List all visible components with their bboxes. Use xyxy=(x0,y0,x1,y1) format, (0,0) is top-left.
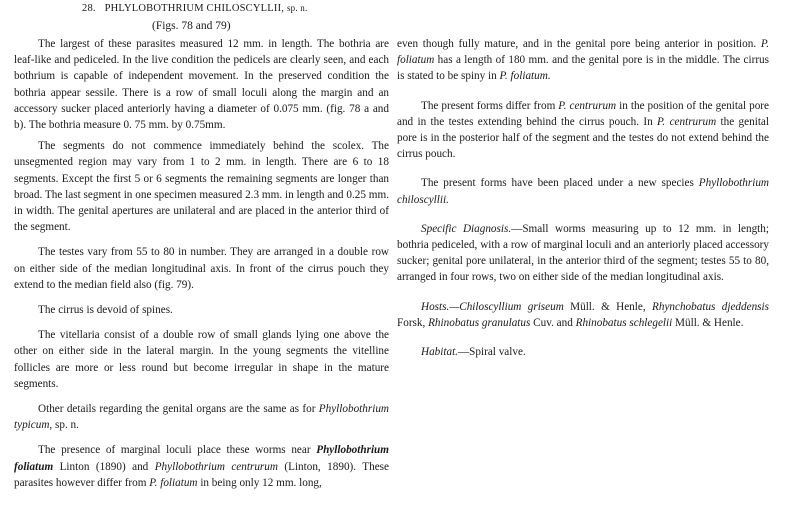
host-name: Rhinobatus granulatus xyxy=(428,317,530,329)
species-name: Phyllobothrium centrurum xyxy=(155,461,278,473)
paragraph-description: The largest of these parasites measured … xyxy=(14,36,389,133)
species-name: P. centrurum xyxy=(657,116,716,128)
paragraph-comparison-continued: even though fully mature, and in the gen… xyxy=(397,36,769,85)
section-label: Habitat. xyxy=(421,346,458,358)
host-name: Rhynchobatus djeddensis xyxy=(652,301,769,313)
paragraph-segments: The segments do not commence immediately… xyxy=(14,138,389,235)
host-name: Rhinobatus schlegelii xyxy=(576,317,673,329)
paragraph-specific-diagnosis: Specific Diagnosis.—Small worms measurin… xyxy=(397,221,769,286)
paragraph-differences: The present forms differ from P. centrur… xyxy=(397,98,769,163)
paragraph-cirrus: The cirrus is devoid of spines. xyxy=(14,302,389,318)
species-name: P. centrurum xyxy=(558,100,616,112)
paragraph-new-species: The present forms have been placed under… xyxy=(397,175,769,207)
section-label: Specific Diagnosis. xyxy=(421,223,511,235)
right-column: even though fully mature, and in the gen… xyxy=(397,0,769,360)
species-name: P. foliatum xyxy=(149,477,197,489)
paragraph-other-details: Other details regarding the genital orga… xyxy=(14,401,389,433)
host-name: Chiloscyllium griseum xyxy=(459,301,564,313)
paragraph-vitellaria: The vitellaria consist of a double row o… xyxy=(14,327,389,392)
paragraph-comparison: The presence of marginal loculi place th… xyxy=(14,442,389,491)
species-name: P. foliatum. xyxy=(500,70,551,82)
paragraph-testes: The testes vary from 55 to 80 in number.… xyxy=(14,244,389,293)
paragraph-habitat: Habitat.—Spiral valve. xyxy=(397,344,769,360)
section-label: Hosts.— xyxy=(421,301,459,313)
left-column: The largest of these parasites measured … xyxy=(14,0,389,491)
paragraph-hosts: Hosts.—Chiloscyllium griseum Müll. & Hen… xyxy=(397,299,769,331)
